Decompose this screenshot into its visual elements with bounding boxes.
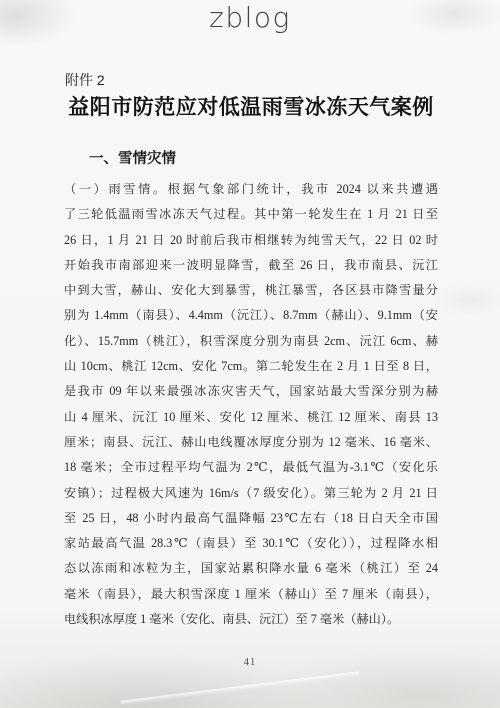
document-title: 益阳市防范应对低温雨雪冰冻天气案例 [62, 94, 440, 120]
section-heading: 一、雪情灾情 [89, 151, 176, 168]
paragraph-line: 18 毫米；全市过程平均气温为 2℃，最低气温为-3.1℃（安化乐 [64, 455, 438, 480]
paragraph-line: 了三轮低温雨雪冰冻天气过程。其中第一轮发生在 1 月 21 日至 [64, 202, 438, 227]
scan-artifact-streak [121, 671, 360, 705]
paragraph-line: 电线积冰厚度 1 毫米（安化、南县、沅江）至 7 毫米（赫山）。 [64, 607, 438, 632]
scanned-document-page: zblog 附件 2 益阳市防范应对低温雨雪冰冻天气案例 一、雪情灾情 （一）雨… [0, 0, 500, 708]
paragraph-line: 家站最高气温 28.3℃（南县）至 30.1℃（安化）），过程降水相 [64, 531, 438, 556]
paragraph-line: 山 10cm、桃江 12cm、安化 7cm。第二轮发生在 2 月 1 日至 8 … [64, 354, 438, 379]
paragraph-line: 毫米（南县），最大积雪深度 1 厘米（赫山）至 7 厘米（南县）， [64, 582, 438, 607]
paragraph-line: 化）、15.7mm（桃江），积雪深度分别为南县 2cm、沅江 6cm、赫 [64, 329, 438, 354]
paragraph-line: 别为 1.4mm（南县）、4.4mm（沅江）、8.7mm（赫山）、9.1mm（安 [64, 303, 438, 328]
body-paragraph: （一）雨雪情。根据气象部门统计，我市 2024 以来共遭遇 了三轮低温雨雪冰冻天… [64, 177, 438, 632]
paragraph-line: 开始我市南部迎来一波明显降雪，截至 26 日，我市南县、沅江 [64, 253, 438, 278]
paragraph-line: 厘米；南县、沅江、赫山电线覆冰厚度分别为 12 毫米、16 毫米、 [64, 430, 438, 455]
paragraph-line: 态以冻雨和冰粒为主，国家站累积降水量 6 毫米（桃江）至 24 [64, 556, 438, 581]
attachment-label: 附件 2 [65, 72, 105, 88]
page-number: 41 [0, 657, 500, 668]
paragraph-line: （一）雨雪情。根据气象部门统计，我市 2024 以来共遭遇 [64, 177, 438, 202]
paragraph-line: 至 25 日，48 小时内最高气温降幅 23℃左右（18 日白天全市国 [64, 506, 438, 531]
paragraph-line: 安镇）；过程极大风速为 16m/s（7 级安化）。第三轮为 2 月 21 日 [64, 481, 438, 506]
paragraph-line: 中到大雪，赫山、安化大到暴雪，桃江暴雪，各区县市降雪量分 [64, 278, 438, 303]
paragraph-line: 26 日，1 月 21 日 20 时前后我市相继转为纯雪天气，22 日 02 时 [64, 228, 438, 253]
paragraph-line: 山 4 厘米、沅江 10 厘米、安化 12 厘米、桃江 12 厘米、南县 13 [64, 405, 438, 430]
paragraph-line: 是我市 09 年以来最强冰冻灾害天气，国家站最大雪深分别为赫 [64, 379, 438, 404]
site-logo[interactable]: zblog [0, 1, 500, 35]
